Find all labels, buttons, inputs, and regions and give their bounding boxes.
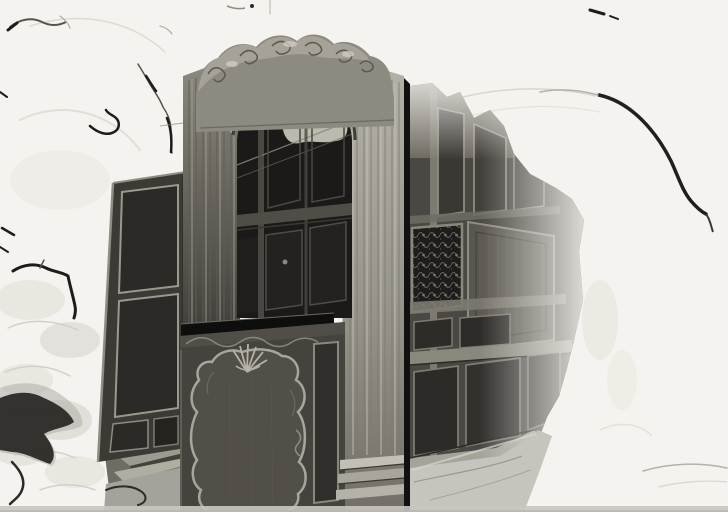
fretwork-panel bbox=[412, 224, 462, 312]
central-structure bbox=[180, 35, 404, 512]
cabinet-front bbox=[180, 322, 345, 512]
left-wall-paneling bbox=[98, 172, 186, 462]
photo-canvas: Carved wood paneling with mirrored niche… bbox=[0, 0, 728, 512]
panel-gap-shadow bbox=[404, 78, 410, 512]
photograph: Carved wood paneling with mirrored niche… bbox=[0, 0, 728, 512]
pilaster-base-moldings bbox=[336, 455, 404, 500]
cartouche-carving bbox=[191, 344, 306, 512]
